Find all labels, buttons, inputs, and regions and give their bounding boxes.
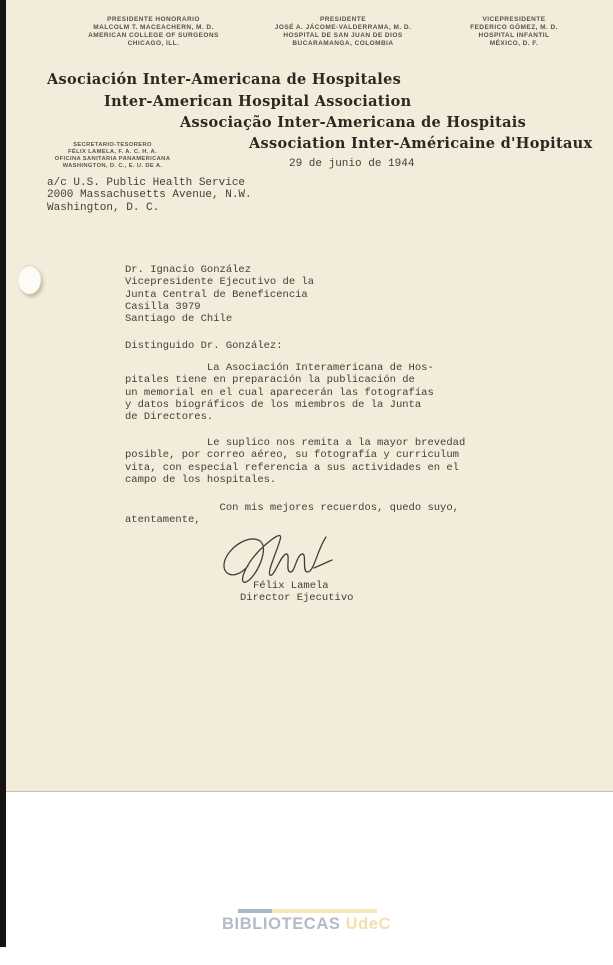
org-name-spanish: Asociación Inter-Americana de Hospitales [47,71,401,88]
officer-name: JOSÉ A. JÁCOME-VALDERRAMA, M. D. [238,24,448,32]
handwritten-signature [214,528,349,586]
letter-date: 29 de junio de 1944 [289,158,414,170]
officer-title: PRESIDENTE HONORARIO [56,16,251,24]
salutation: Distinguido Dr. González: [125,340,283,352]
secretary-title: SECRETARIO-TESORERO [30,142,195,149]
org-name-english: Inter-American Hospital Association [104,93,411,110]
officer-org: HOSPITAL INFANTIL [434,32,594,40]
signature-title: Director Ejecutivo [240,592,353,604]
closing: Con mis mejores recuerdos, quedo suyo, a… [125,502,459,527]
secretary-org: OFICINA SANITARIA PANAMERICANA [30,156,195,163]
watermark-bibliotecas: BIBLIOTECAS [222,915,340,933]
officer-org: HOSPITAL DE SAN JUAN DE DIOS [238,32,448,40]
letterhead-officer-president: PRESIDENTE JOSÉ A. JÁCOME-VALDERRAMA, M.… [238,16,448,48]
body-paragraph-2: Le suplico nos remita a la mayor breveda… [125,437,465,486]
signature-name: Félix Lamela [253,580,329,592]
library-watermark: BIBLIOTECAS UdeC [222,915,391,934]
officer-org: AMERICAN COLLEGE OF SURGEONS [56,32,251,40]
watermark-udec: UdeC [346,915,392,933]
officer-title: VICEPRESIDENTE [434,16,594,24]
hole-punch [18,265,41,294]
org-name-french: Association Inter-Américaine d'Hopitaux [249,135,592,152]
letter-page: PRESIDENTE HONORARIO MALCOLM T. MACEACHE… [6,0,613,791]
secretary-name: FÉLIX LAMELA, F. A. C. H. A. [30,149,195,156]
org-name-portuguese: Associação Inter-Americana de Hospitais [180,114,526,131]
sender-address: a/c U.S. Public Health Service 2000 Mass… [47,177,252,214]
officer-place: BUCARAMANGA, COLOMBIA [238,40,448,48]
body-paragraph-1: La Asociación Interamericana de Hos- pit… [125,362,434,423]
secretary-place: WASHINGTON, D. C., E. U. DE A. [30,163,195,170]
officer-place: CHICAGO, ILL. [56,40,251,48]
letterhead-officer-honorary-president: PRESIDENTE HONORARIO MALCOLM T. MACEACHE… [56,16,251,48]
officer-name: FEDERICO GÓMEZ, M. D. [434,24,594,32]
letterhead-officer-vice-president: VICEPRESIDENTE FEDERICO GÓMEZ, M. D. HOS… [434,16,594,48]
officer-title: PRESIDENTE [238,16,448,24]
officer-place: MÉXICO, D. F. [434,40,594,48]
watermark-bar-left [238,909,272,913]
recipient-address: Dr. Ignacio González Vicepresidente Ejec… [125,264,314,325]
officer-name: MALCOLM T. MACEACHERN, M. D. [56,24,251,32]
watermark-bar-right [272,909,377,913]
letterhead-secretary-treasurer: SECRETARIO-TESORERO FÉLIX LAMELA, F. A. … [30,142,195,170]
